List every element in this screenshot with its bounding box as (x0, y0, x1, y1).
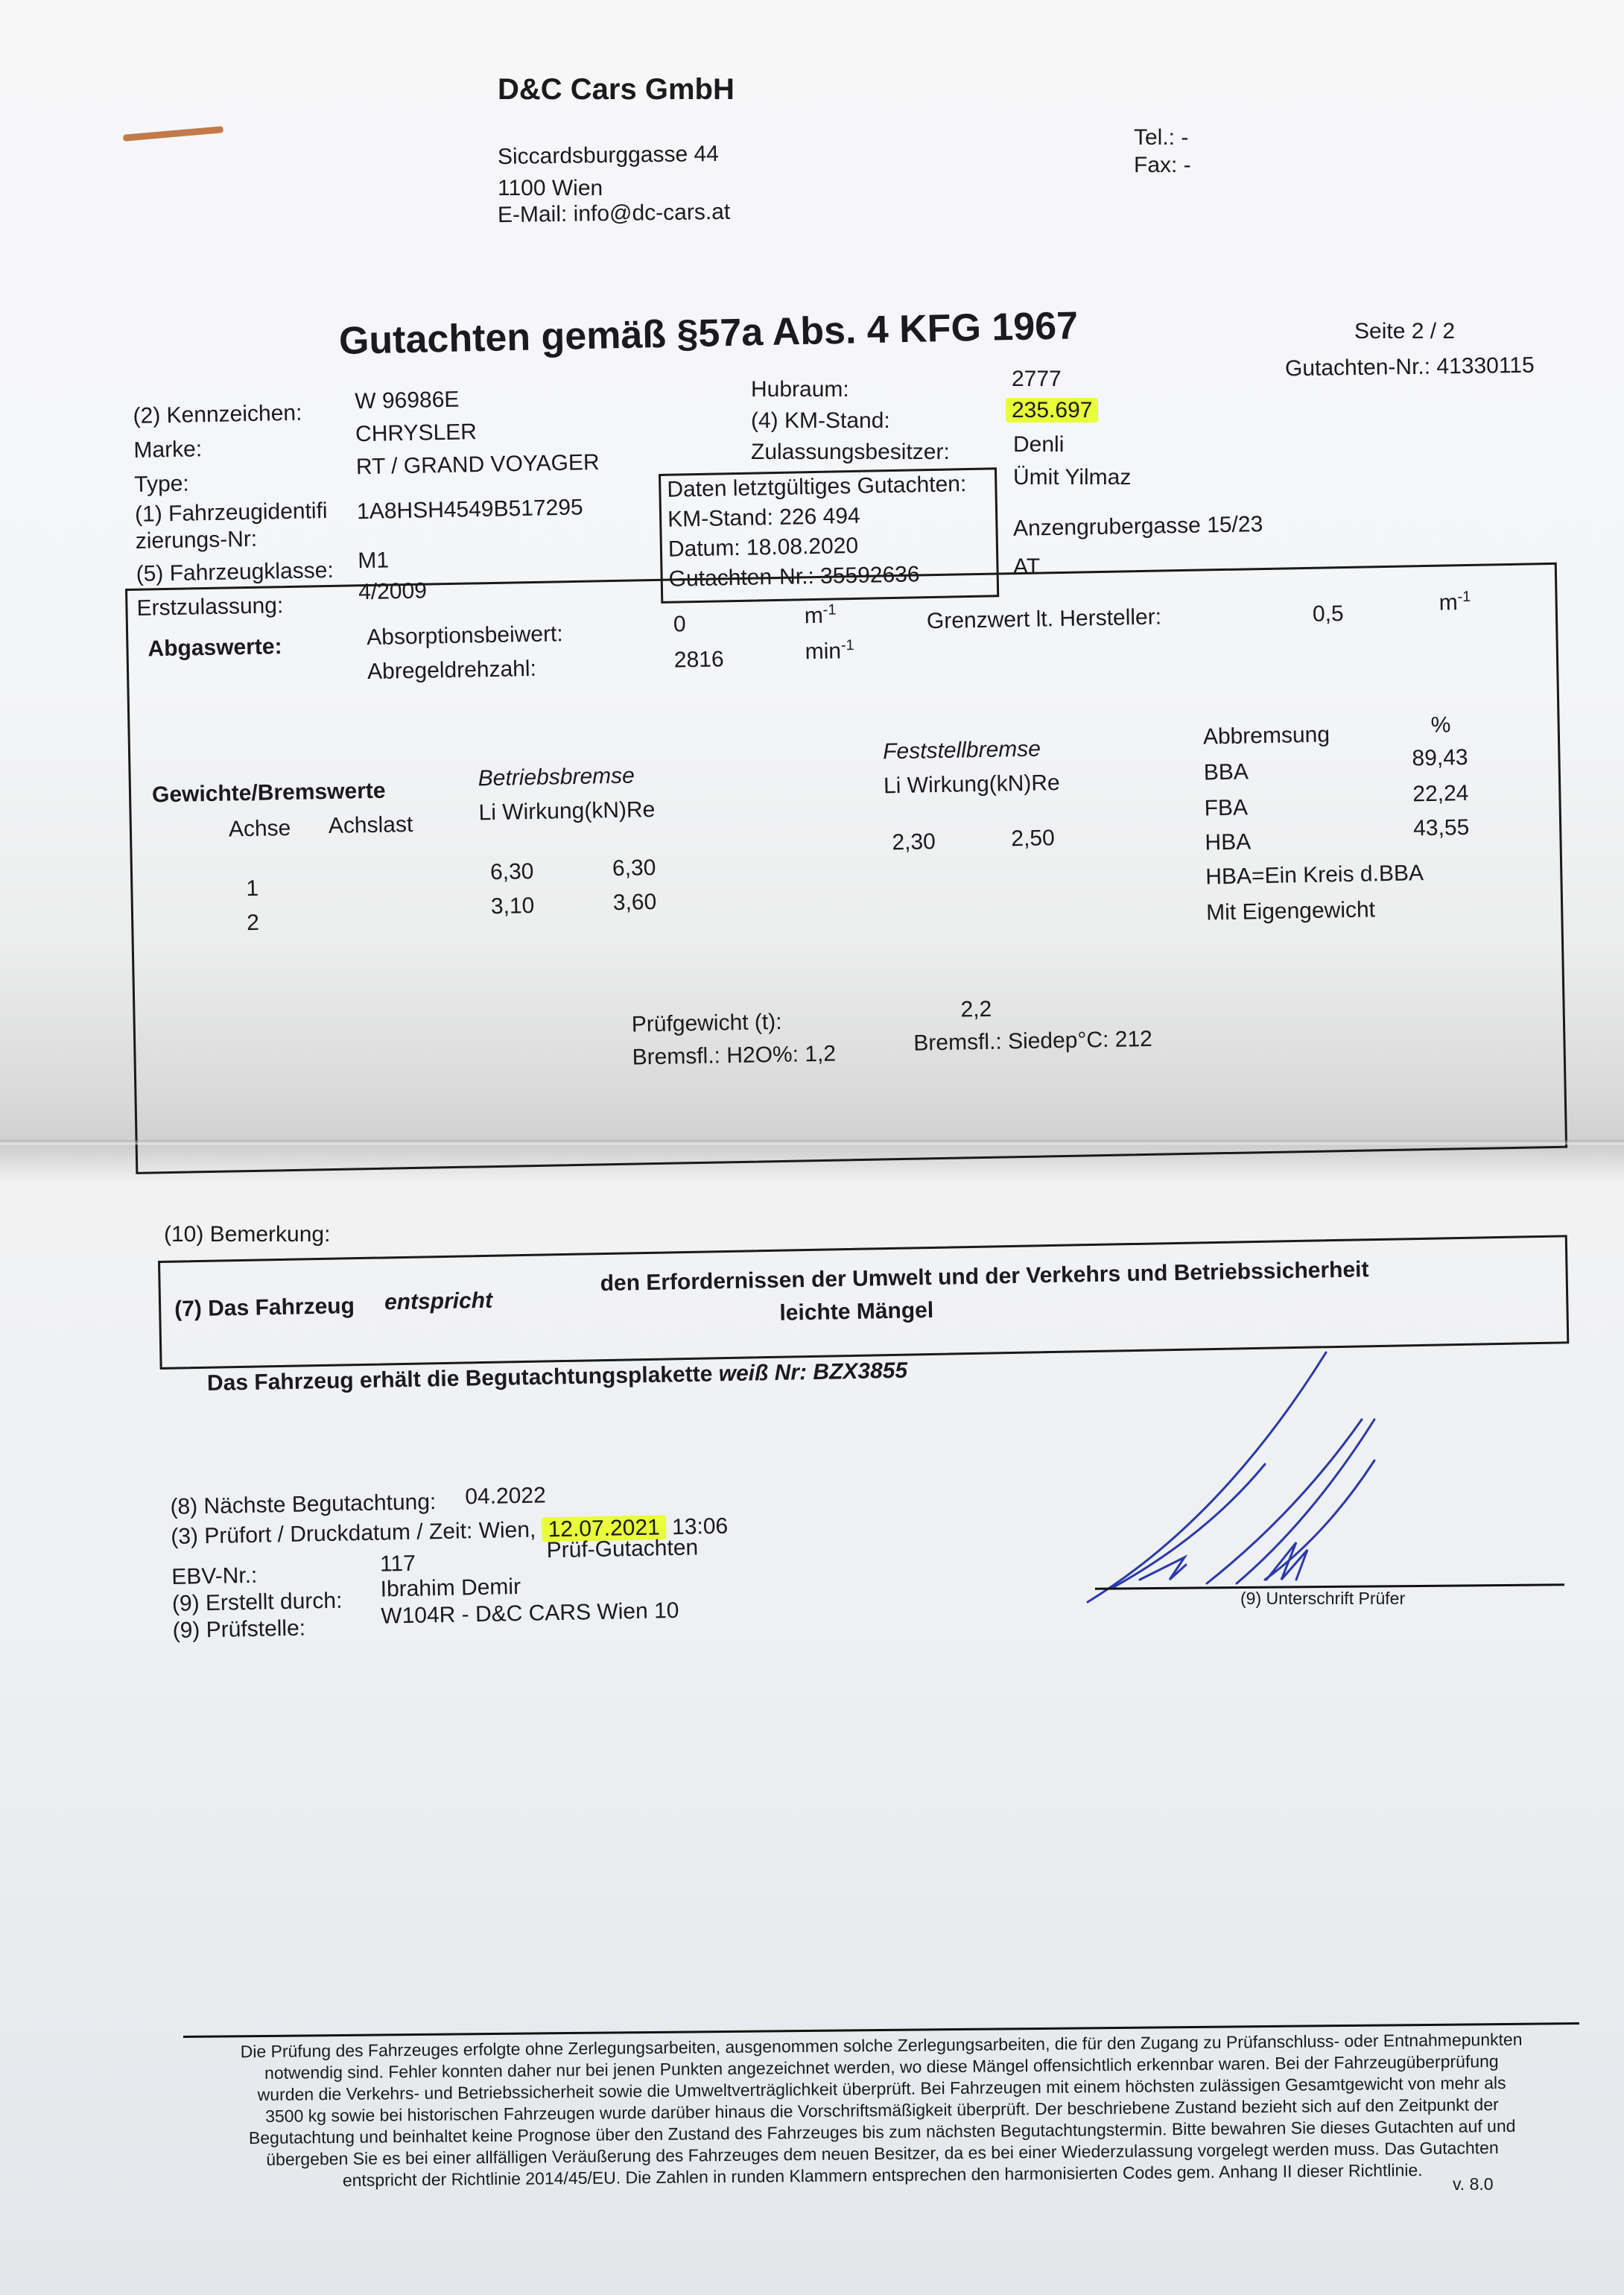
result-defects: leichte Mängel (779, 1298, 933, 1326)
hubraum-value: 2777 (1012, 367, 1062, 392)
remarks-label: (10) Bemerkung: (164, 1222, 330, 1247)
orange-mark (123, 126, 223, 142)
axle-1-service-re: 6,30 (612, 855, 656, 881)
ebv-value: 117 (380, 1551, 416, 1577)
result-prefix: (7) Das Fahrzeug (174, 1294, 355, 1322)
brake-fluid-h2o: Bremsfl.: H2O%: 1,2 (632, 1042, 836, 1071)
axle-2-service-li: 3,10 (491, 893, 535, 919)
company-city: 1100 Wien (498, 176, 603, 201)
previous-title: Daten letztgültiges Gutachten: (667, 472, 967, 503)
klasse-label: (5) Fahrzeugklasse: (136, 558, 334, 587)
pruefgewicht-label: Prüfgewicht (t): (632, 1010, 782, 1038)
result-verdict: entspricht (384, 1288, 493, 1316)
hba-label: HBA (1205, 829, 1251, 855)
axle-1: 1 (246, 876, 258, 902)
version-label: v. 8.0 (1453, 2174, 1494, 2194)
kennzeichen-label: (2) Kennzeichen: (133, 401, 302, 429)
report-kind: Prüf-Gutachten (546, 1535, 698, 1563)
paper-fold (0, 1140, 1624, 1145)
service-brake-sub: Li Wirkung(kN)Re (478, 797, 655, 826)
signature-label: (9) Unterschrift Prüfer (1240, 1589, 1405, 1609)
hba-note: HBA=Ein Kreis d.BBA (1205, 861, 1424, 890)
besitzer-name-1: Denli (1013, 432, 1064, 458)
previous-date: Datum: 18.08.2020 (668, 534, 859, 563)
percent-label: % (1430, 712, 1450, 738)
vin-label-cont: zierungs-Nr: (135, 527, 257, 554)
absorption-unit: m-1 (804, 602, 836, 630)
hba-value: 43,55 (1413, 815, 1470, 841)
absorption-label: Absorptionsbeiwert: (367, 621, 563, 650)
weight-note: Mit Eigengewicht (1206, 897, 1375, 925)
abbremsung-label: Abbremsung (1203, 722, 1330, 750)
fba-value: 22,24 (1412, 781, 1469, 807)
parking-brake-sub: Li Wirkung(kN)Re (884, 770, 1060, 799)
km-label: (4) KM-Stand: (751, 408, 890, 434)
parking-brake-heading: Feststellbremse (883, 737, 1041, 765)
besitzer-label: Zulassungsbesitzer: (751, 440, 950, 465)
company-tel: Tel.: - (1134, 125, 1188, 151)
signature-scribble (1073, 1326, 1594, 1624)
absorption-value: 0 (673, 612, 686, 637)
next-inspection-label: (8) Nächste Begutachtung: (170, 1490, 436, 1520)
besitzer-address: Anzengrubergasse 15/23 (1013, 512, 1263, 542)
type-label: Type: (134, 472, 189, 498)
inspection-details: (8) Nächste Begutachtung: 04.2022 (3) Pr… (170, 1475, 843, 1651)
result-text: den Erfordernissen der Umwelt und der Ve… (600, 1257, 1368, 1297)
measurement-box: Abgaswerte: Absorptionsbeiwert: 0 m-1 Ab… (125, 563, 1567, 1174)
parking-li: 2,30 (892, 829, 936, 855)
station-value: W104R - D&C CARS Wien 10 (381, 1598, 679, 1630)
marke-value: CHRYSLER (355, 420, 477, 447)
created-by-value: Ibrahim Demir (380, 1574, 521, 1603)
limit-value: 0,5 (1313, 601, 1344, 627)
km-value: 235.697 (1006, 398, 1098, 423)
vin-value: 1A8HSH4549B517295 (357, 495, 583, 525)
company-email: E-Mail: info@dc-cars.at (498, 200, 731, 228)
next-inspection-value: 04.2022 (465, 1483, 546, 1510)
company-name: D&C Cars GmbH (498, 73, 735, 107)
klasse-value: M1 (358, 548, 389, 574)
hubraum-label: Hubraum: (751, 377, 849, 402)
parking-re: 2,50 (1011, 826, 1055, 852)
pruefgewicht-value: 2,2 (960, 997, 992, 1023)
bba-label: BBA (1203, 759, 1249, 785)
limit-unit: m-1 (1439, 589, 1471, 616)
type-value: RT / GRAND VOYAGER (356, 450, 600, 480)
limit-label: Grenzwert lt. Hersteller: (927, 605, 1162, 635)
brakes-heading: Gewichte/Bremswerte (152, 779, 386, 808)
station-label: (9) Prüfstelle: (172, 1616, 305, 1644)
rpm-label: Abregeldrehzahl: (367, 656, 536, 685)
created-by-label: (9) Erstellt durch: (172, 1589, 343, 1617)
company-street: Siccardsburggasse 44 (498, 142, 719, 170)
kennzeichen-value: W 96986E (355, 387, 460, 415)
document-page: D&C Cars GmbH Siccardsburggasse 44 1100 … (0, 0, 1624, 2295)
page-title: Gutachten gemäß §57a Abs. 4 KFG 1967 (338, 303, 1078, 364)
plakette-value: weiß Nr: BZX3855 (718, 1358, 907, 1387)
previous-km: KM-Stand: 226 494 (667, 504, 860, 533)
brake-fluid-boiling: Bremsfl.: Siedep°C: 212 (913, 1027, 1152, 1057)
axle-2: 2 (247, 911, 259, 936)
bba-value: 89,43 (1412, 745, 1468, 771)
col-achslast: Achslast (329, 812, 413, 839)
fba-label: FBA (1204, 795, 1248, 821)
axle-2-service-re: 3,60 (613, 890, 657, 916)
col-achse: Achse (229, 816, 291, 843)
ebv-label: EBV-Nr.: (171, 1563, 258, 1590)
emissions-heading: Abgaswerte: (148, 634, 282, 662)
marke-label: Marke: (133, 437, 202, 463)
company-fax: Fax: - (1134, 153, 1191, 178)
km-highlight: 235.697 (1006, 398, 1098, 422)
report-number: Gutachten-Nr.: 41330115 (1285, 353, 1535, 382)
axle-1-service-li: 6,30 (490, 859, 534, 885)
footer-disclaimer: Die Prüfung des Fahrzeuges erfolgte ohne… (183, 2028, 1581, 2193)
rpm-value: 2816 (674, 647, 724, 673)
besitzer-name-2: Ümit Yilmaz (1013, 465, 1131, 490)
service-brake-heading: Betriebsbremse (478, 764, 635, 792)
rpm-unit: min-1 (805, 637, 854, 665)
page-number: Seite 2 / 2 (1354, 319, 1455, 344)
vin-label: (1) Fahrzeugidentifi (135, 498, 328, 528)
